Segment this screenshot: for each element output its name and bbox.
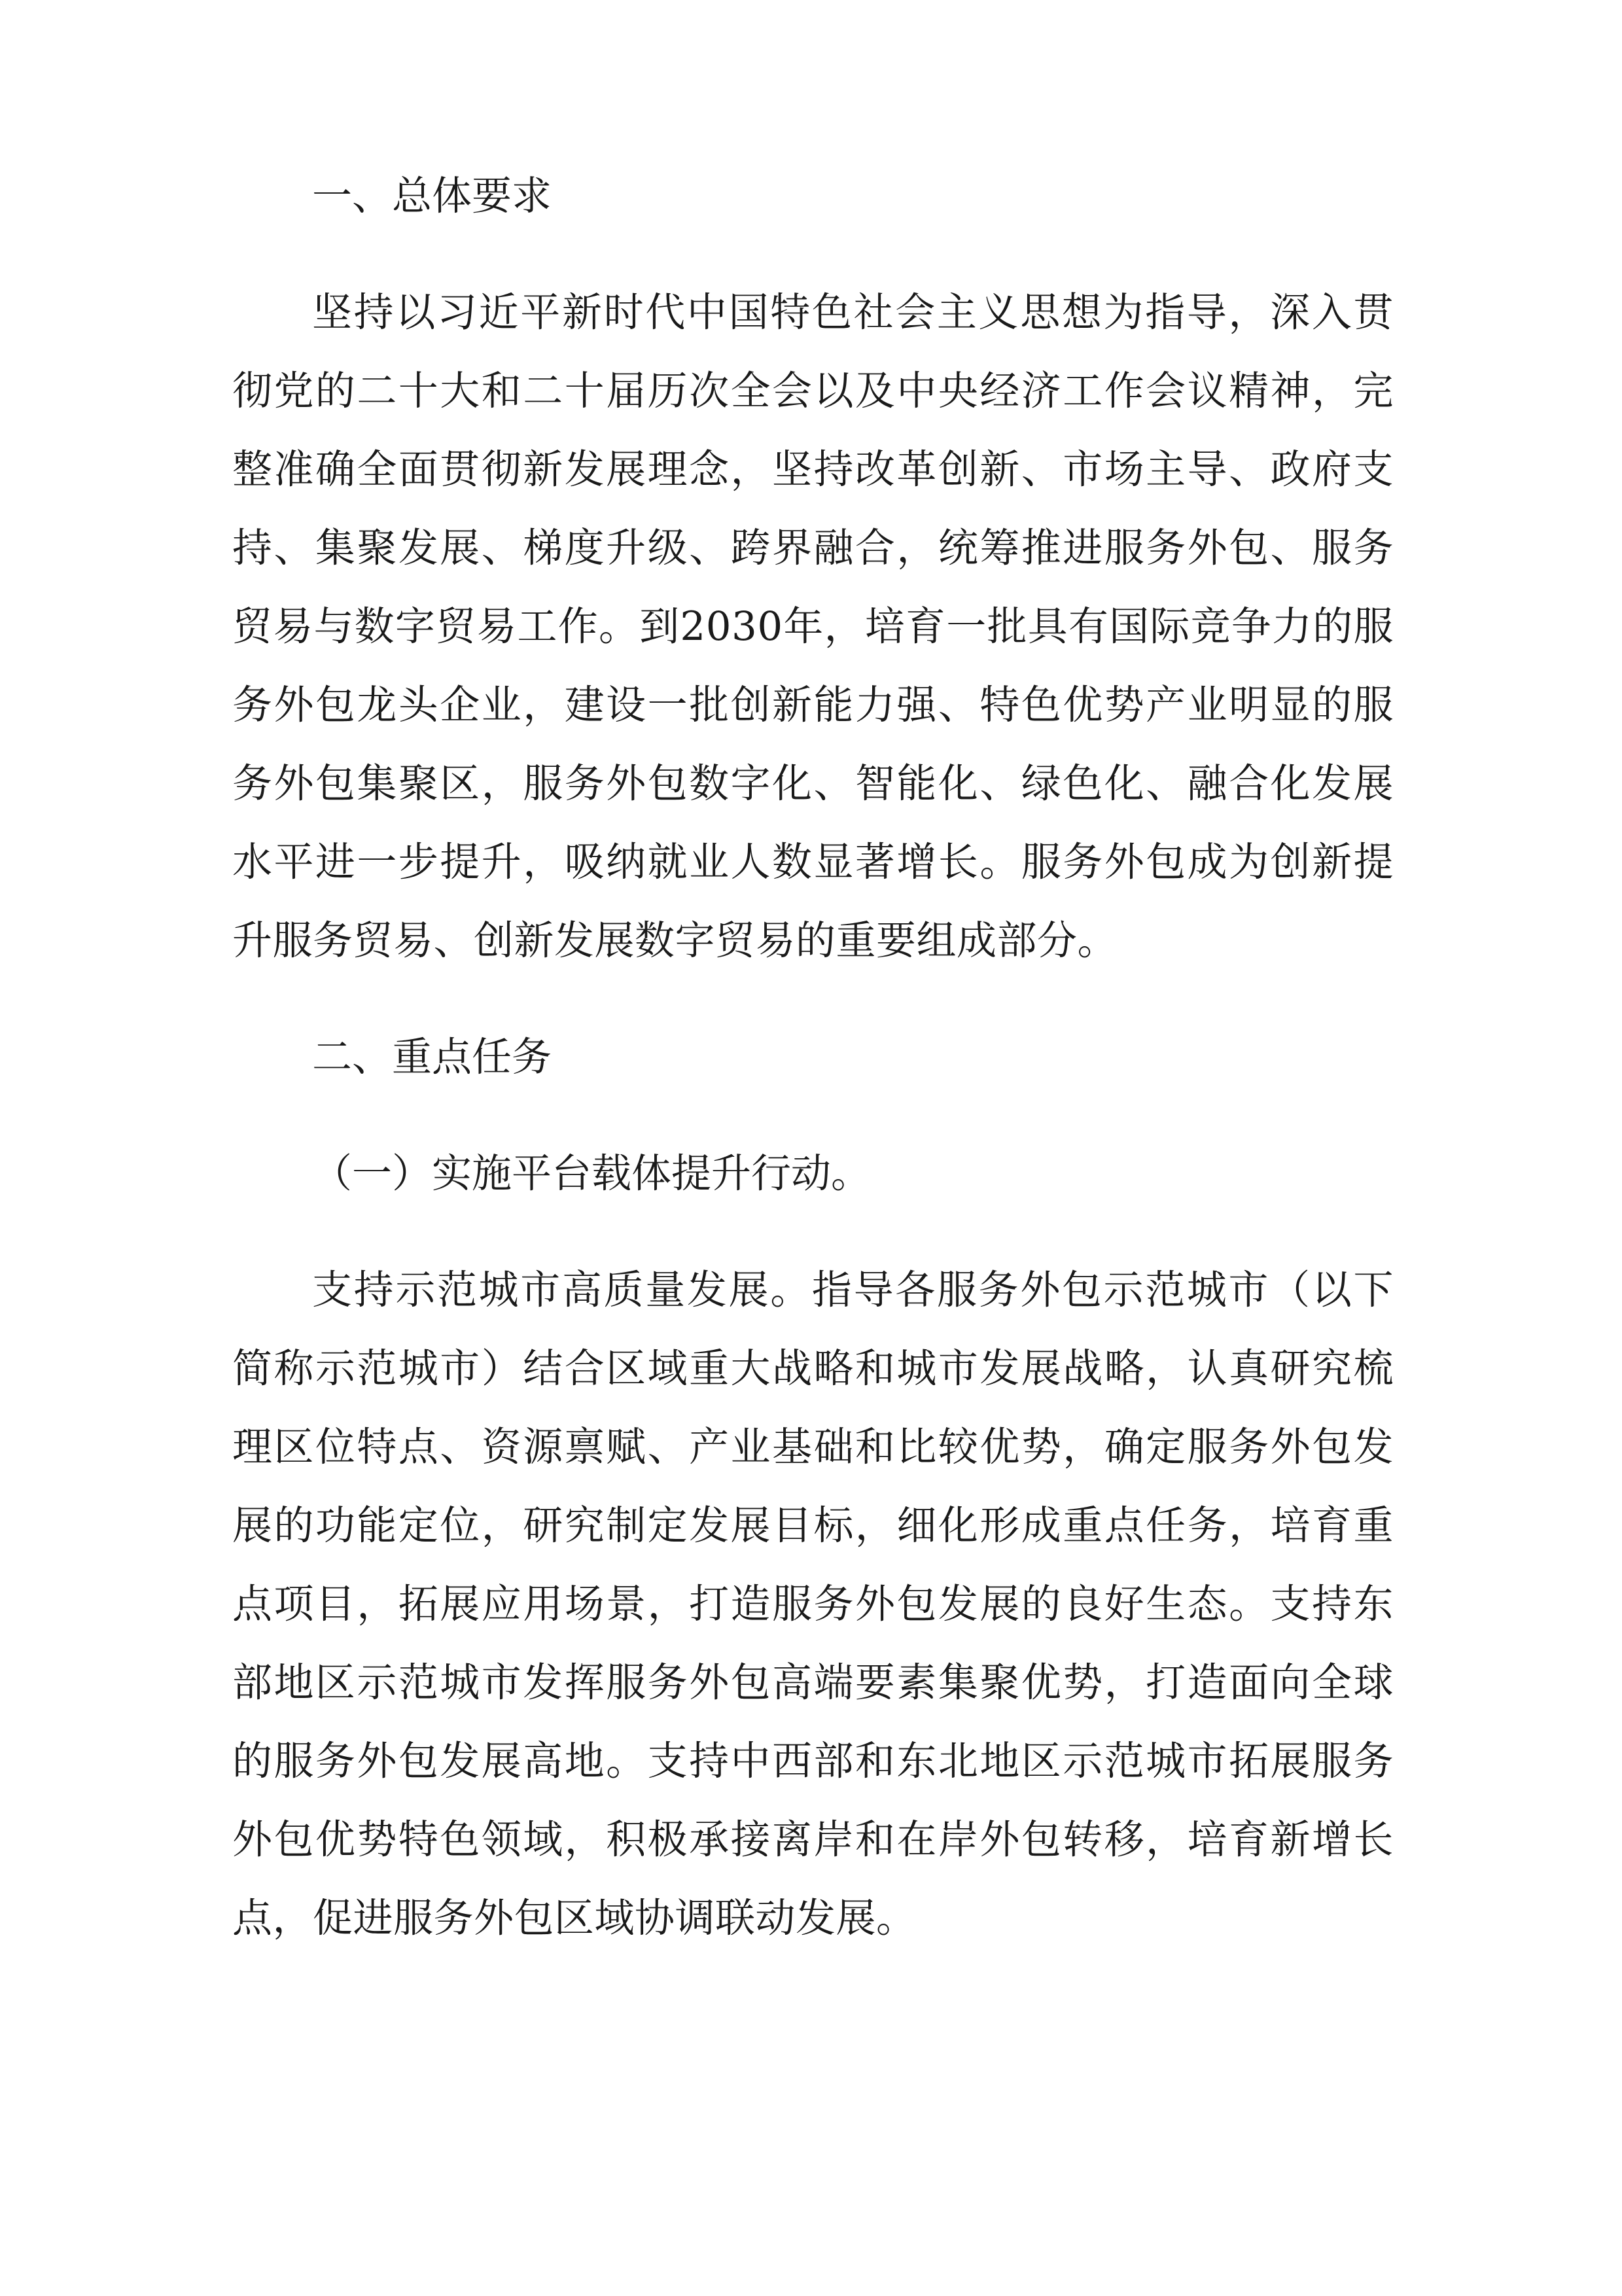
- section-1-paragraph: 坚持以习近平新时代中国特色社会主义思想为指导，深入贯彻党的二十大和二十届历次全会…: [232, 274, 1394, 980]
- document-page: 一、总体要求 坚持以习近平新时代中国特色社会主义思想为指导，深入贯彻党的二十大和…: [0, 0, 1622, 2296]
- section-2-paragraph: 支持示范城市高质量发展。指导各服务外包示范城市（以下简称示范城市）结合区域重大战…: [232, 1251, 1394, 1958]
- section-1-heading: 一、总体要求: [232, 157, 1394, 236]
- section-2-subheading: （一）实施平台载体提升行动。: [232, 1135, 1394, 1213]
- document-content: 一、总体要求 坚持以习近平新时代中国特色社会主义思想为指导，深入贯彻党的二十大和…: [0, 0, 1622, 1958]
- section-2-heading: 二、重点任务: [232, 1018, 1394, 1097]
